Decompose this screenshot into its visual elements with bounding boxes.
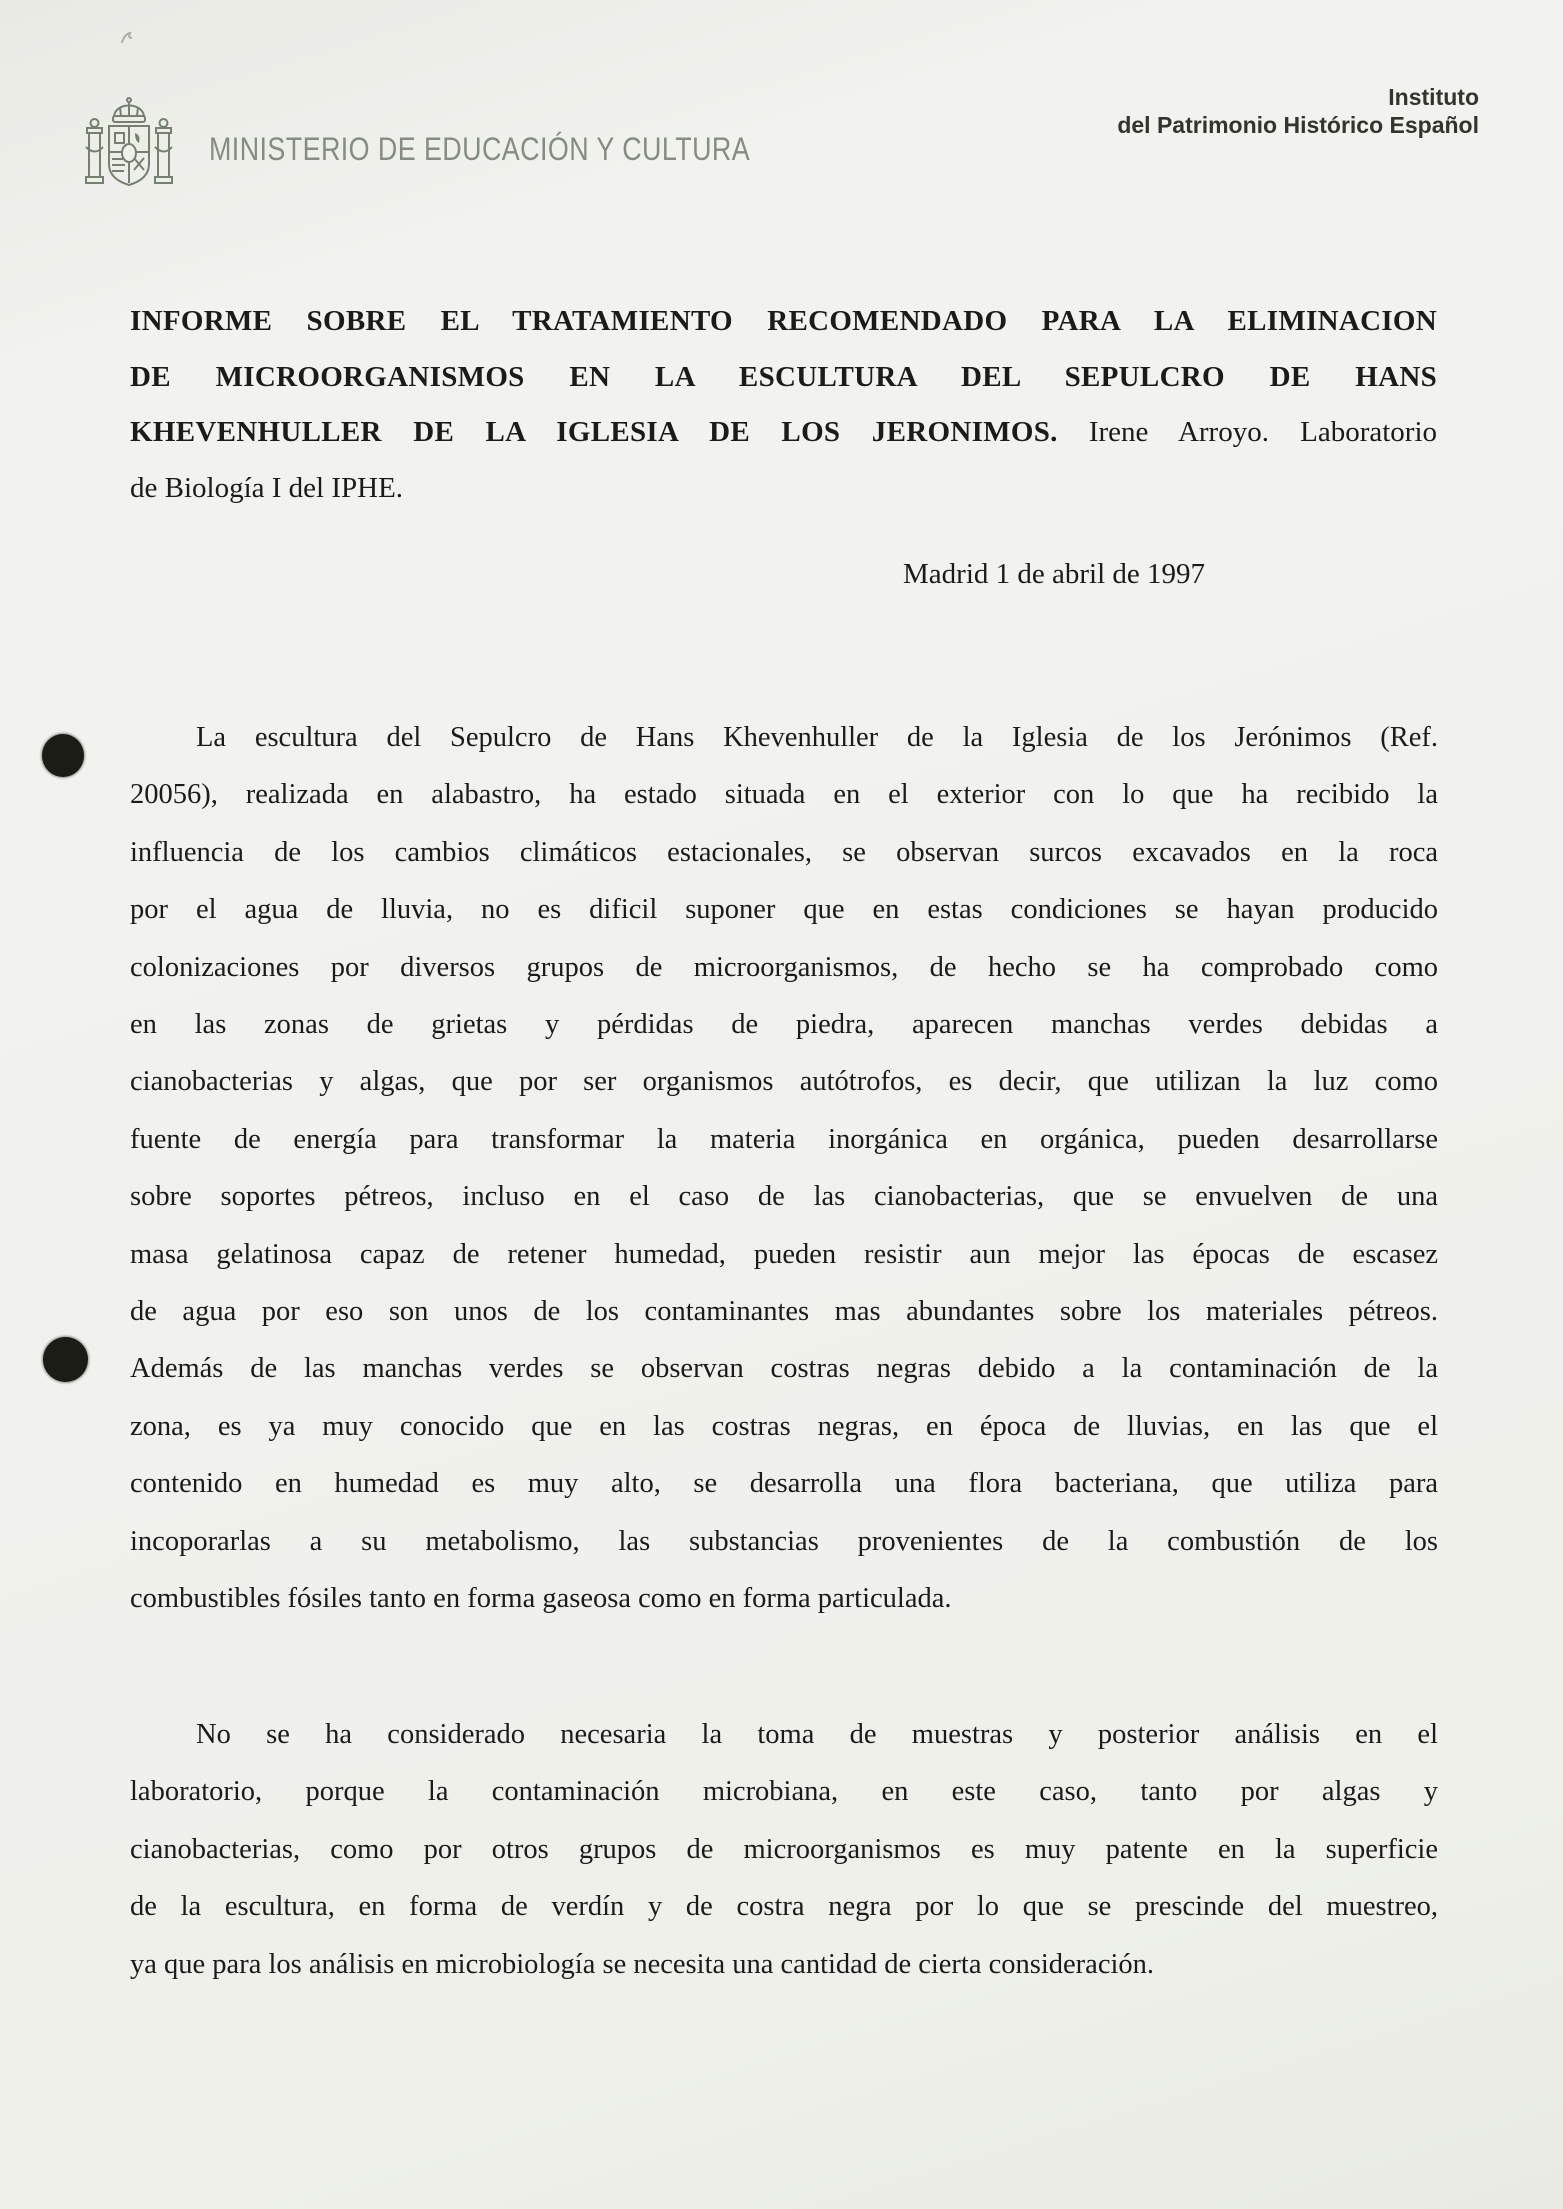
- scanned-document-page: MINISTERIO DE EDUCACIÓN Y CULTURA Instit…: [0, 0, 1563, 2209]
- punch-hole-icon: [42, 734, 84, 777]
- body-text-line: influencia de los cambios climáticos est…: [130, 824, 1438, 881]
- title-text-bold: KHEVENHULLER DE LA IGLESIA DE LOS JERONI…: [130, 416, 1058, 448]
- body-text-line: cianobacterias y algas, que por ser orga…: [130, 1053, 1438, 1110]
- body-text-line: colonizaciones por diversos grupos de mi…: [130, 939, 1438, 996]
- body-text-line: Además de las manchas verdes se observan…: [130, 1340, 1438, 1397]
- body-text-line: sobre soportes pétreos, incluso en el ca…: [130, 1168, 1438, 1225]
- date-line: Madrid 1 de abril de 1997: [903, 558, 1205, 591]
- body-text-line: zona, es ya muy conocido que en las cost…: [130, 1398, 1438, 1455]
- body-text-line: ya que para los análisis en microbiologí…: [130, 1936, 1438, 1993]
- body-text-line: cianobacterias, como por otros grupos de…: [130, 1821, 1438, 1878]
- ministry-header: MINISTERIO DE EDUCACIÓN Y CULTURA: [209, 131, 750, 168]
- body-text-line: por el agua de lluvia, no es dificil sup…: [130, 881, 1438, 938]
- body-text-line: de la escultura, en forma de verdín y de…: [130, 1878, 1438, 1935]
- body-text-line: combustibles fósiles tanto en forma gase…: [130, 1570, 1438, 1627]
- body-text-line: contenido en humedad es muy alto, se des…: [130, 1455, 1438, 1512]
- title-line: INFORME SOBRE EL TRATAMIENTO RECOMENDADO…: [130, 294, 1437, 350]
- title-line: KHEVENHULLER DE LA IGLESIA DE LOS JERONI…: [130, 405, 1437, 461]
- punch-hole-icon: [43, 1337, 88, 1382]
- stray-mark-icon: [118, 28, 136, 48]
- institute-line1: Instituto: [1117, 83, 1479, 111]
- body-paragraph-2: No se ha considerado necesaria la toma d…: [130, 1706, 1438, 1993]
- body-text-line: fuente de energía para transformar la ma…: [130, 1111, 1438, 1168]
- body-text-line: masa gelatinosa capaz de retener humedad…: [130, 1226, 1438, 1283]
- body-text-line: en las zonas de grietas y pérdidas de pi…: [130, 996, 1438, 1053]
- body-text-line: incoporarlas a su metabolismo, las subst…: [130, 1513, 1438, 1570]
- title-text: de Biología I del IPHE.: [130, 472, 403, 504]
- body-text-line: No se ha considerado necesaria la toma d…: [130, 1706, 1438, 1763]
- spain-coat-of-arms-icon: [83, 95, 175, 196]
- body-text-line: 20056), realizada en alabastro, ha estad…: [130, 766, 1438, 823]
- report-title: INFORME SOBRE EL TRATAMIENTO RECOMENDADO…: [130, 294, 1437, 516]
- body-paragraph-1: La escultura del Sepulcro de Hans Kheven…: [130, 709, 1438, 1628]
- title-text-bold: INFORME SOBRE EL TRATAMIENTO RECOMENDADO…: [130, 305, 1437, 337]
- institute-header: Instituto del Patrimonio Histórico Españ…: [1117, 83, 1479, 139]
- title-text: Irene Arroyo. Laboratorio: [1058, 416, 1437, 448]
- institute-line2: del Patrimonio Histórico Español: [1117, 111, 1479, 139]
- title-line: de Biología I del IPHE.: [130, 461, 1437, 517]
- body-text-line: laboratorio, porque la contaminación mic…: [130, 1763, 1438, 1820]
- title-line: DE MICROORGANISMOS EN LA ESCULTURA DEL S…: [130, 350, 1437, 406]
- body-text-line: La escultura del Sepulcro de Hans Kheven…: [130, 709, 1438, 766]
- title-text-bold: DE MICROORGANISMOS EN LA ESCULTURA DEL S…: [130, 361, 1437, 393]
- body-text-line: de agua por eso son unos de los contamin…: [130, 1283, 1438, 1340]
